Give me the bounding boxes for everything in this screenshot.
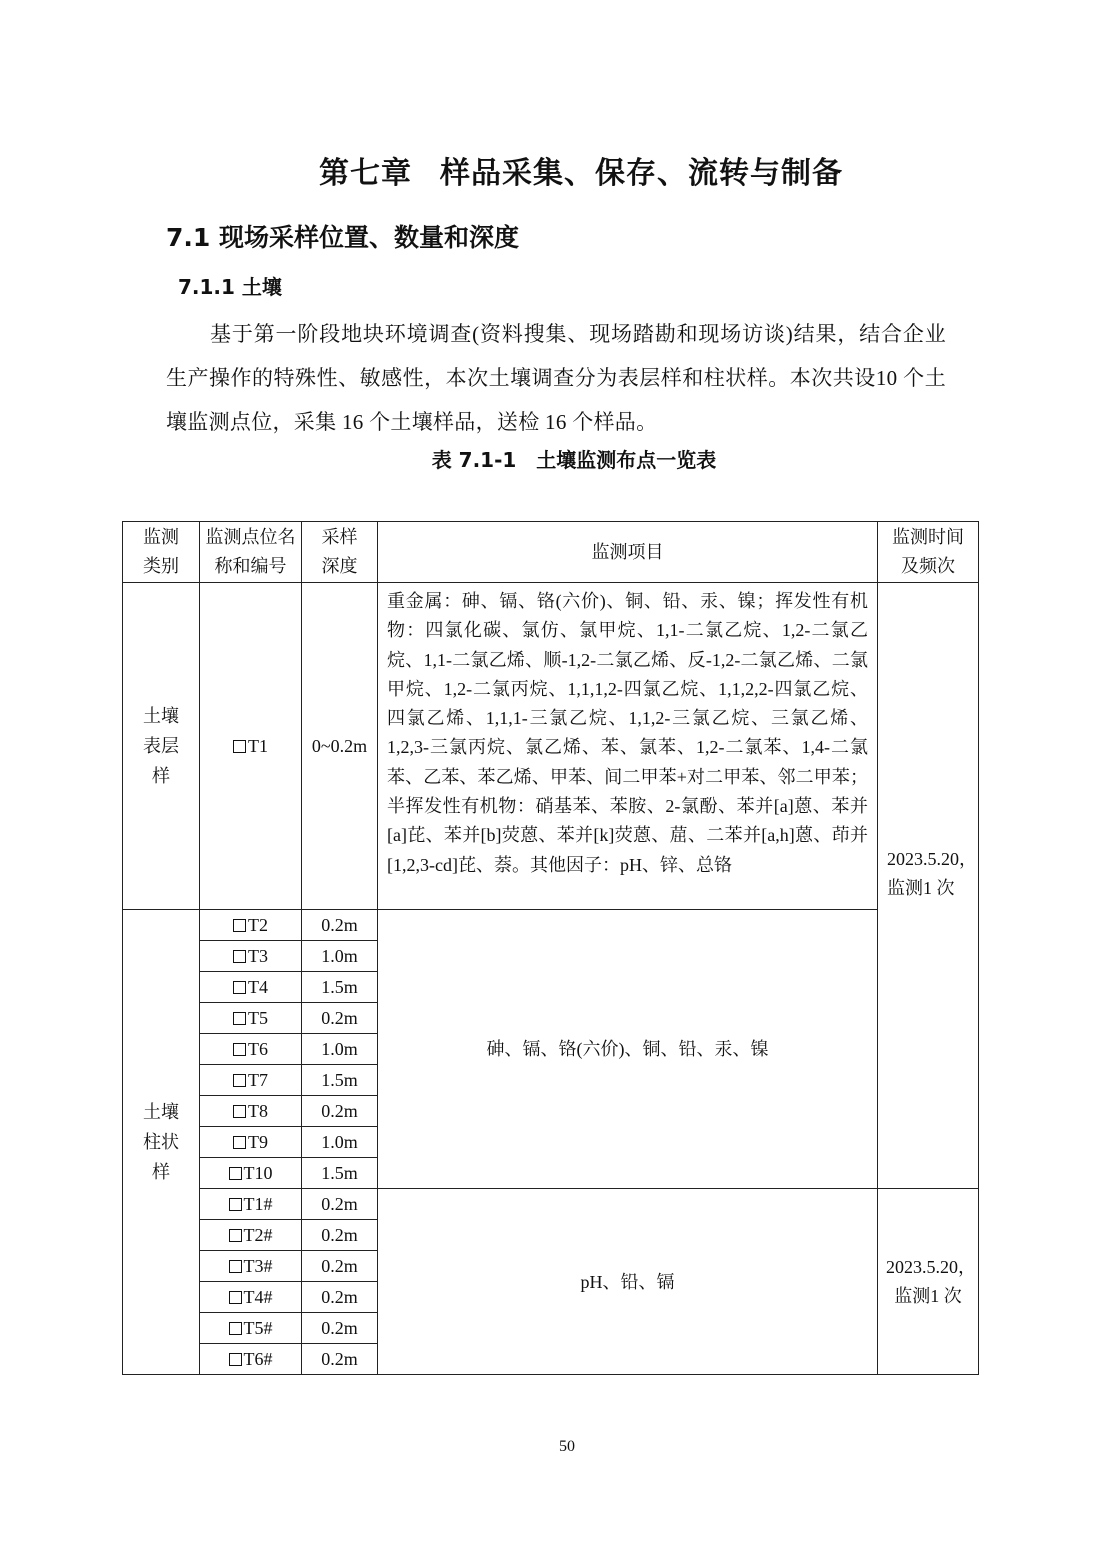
depth-cell: 0.2m [302, 910, 378, 941]
depth-cell: 0.2m [302, 1313, 378, 1344]
square-icon [233, 919, 246, 932]
monitoring-table: 监测类别 监测点位名称和编号 采样深度 监测项目 监测时间及频次 土壤表层样 T… [122, 521, 979, 1375]
chapter-title: 第七章样品采集、保存、流转与制备 [0, 148, 1102, 192]
point-cell: T2# [200, 1220, 302, 1251]
square-icon [233, 981, 246, 994]
square-icon [233, 1105, 246, 1118]
frequency-cell: 2023.5.20，监测1 次 [878, 583, 979, 1189]
items-cell: pH、铅、镉 [378, 1189, 878, 1375]
point-cell: T10 [200, 1158, 302, 1189]
depth-cell: 0.2m [302, 1344, 378, 1375]
header-items: 监测项目 [378, 522, 878, 583]
depth-cell: 0.2m [302, 1003, 378, 1034]
square-icon [233, 1136, 246, 1149]
square-icon [229, 1229, 242, 1242]
items-cell: 砷、镉、铬(六价)、铜、铅、汞、镍 [378, 910, 878, 1189]
depth-cell: 1.5m [302, 1065, 378, 1096]
square-icon [233, 1074, 246, 1087]
depth-cell: 0.2m [302, 1282, 378, 1313]
table-caption-number: 表 7.1-1 [432, 448, 517, 472]
square-icon [229, 1291, 242, 1304]
point-cell: T6 [200, 1034, 302, 1065]
point-cell: T9 [200, 1127, 302, 1158]
table-caption: 表 7.1-1土壤监测布点一览表 [0, 444, 1102, 473]
point-cell: T3 [200, 941, 302, 972]
point-cell: T6# [200, 1344, 302, 1375]
depth-cell: 0.2m [302, 1251, 378, 1282]
depth-cell: 1.0m [302, 1034, 378, 1065]
page-number: 50 [0, 1438, 1102, 1456]
depth-cell: 1.5m [302, 972, 378, 1003]
square-icon [229, 1198, 242, 1211]
point-cell: T2 [200, 910, 302, 941]
point-cell: T1# [200, 1189, 302, 1220]
table-row: T1# 0.2m pH、铅、镉 2023.5.20，监测1 次 [123, 1189, 979, 1220]
header-frequency: 监测时间及频次 [878, 522, 979, 583]
point-cell: T4# [200, 1282, 302, 1313]
chapter-name: 样品采集、保存、流转与制备 [440, 156, 843, 191]
depth-cell: 0.2m [302, 1096, 378, 1127]
square-icon [233, 740, 246, 753]
depth-cell: 0.2m [302, 1220, 378, 1251]
table-caption-title: 土壤监测布点一览表 [536, 448, 716, 472]
point-cell: T5 [200, 1003, 302, 1034]
section-title: 7.1 现场采样位置、数量和深度 [166, 218, 519, 254]
square-icon [229, 1322, 242, 1335]
header-depth: 采样深度 [302, 522, 378, 583]
table-row: 土壤表层样 T1 0~0.2m 重金属：砷、镉、铬(六价)、铜、铅、汞、镍；挥发… [123, 583, 979, 910]
depth-cell: 1.0m [302, 1127, 378, 1158]
chapter-number: 第七章 [319, 156, 412, 191]
point-cell: T1 [200, 583, 302, 910]
square-icon [229, 1260, 242, 1273]
header-point: 监测点位名称和编号 [200, 522, 302, 583]
depth-cell: 0~0.2m [302, 583, 378, 910]
category-cell: 土壤柱状样 [123, 910, 200, 1375]
square-icon [229, 1353, 242, 1366]
square-icon [229, 1167, 242, 1180]
items-cell: 重金属：砷、镉、铬(六价)、铜、铅、汞、镍；挥发性有机物：四氯化碳、氯仿、氯甲烷… [378, 583, 878, 910]
square-icon [233, 950, 246, 963]
table-row: 土壤柱状样 T2 0.2m 砷、镉、铬(六价)、铜、铅、汞、镍 [123, 910, 979, 941]
frequency-cell: 2023.5.20，监测1 次 [878, 1189, 979, 1375]
point-cell: T5# [200, 1313, 302, 1344]
table-header-row: 监测类别 监测点位名称和编号 采样深度 监测项目 监测时间及频次 [123, 522, 979, 583]
point-cell: T7 [200, 1065, 302, 1096]
square-icon [233, 1012, 246, 1025]
header-category: 监测类别 [123, 522, 200, 583]
depth-cell: 1.5m [302, 1158, 378, 1189]
subsection-title: 7.1.1 土壤 [178, 271, 282, 300]
body-paragraph: 基于第一阶段地块环境调查(资料搜集、现场踏勘和现场访谈)结果，结合企业生产操作的… [166, 312, 946, 444]
category-cell: 土壤表层样 [123, 583, 200, 910]
point-cell: T3# [200, 1251, 302, 1282]
point-cell: T4 [200, 972, 302, 1003]
point-cell: T8 [200, 1096, 302, 1127]
square-icon [233, 1043, 246, 1056]
depth-cell: 0.2m [302, 1189, 378, 1220]
depth-cell: 1.0m [302, 941, 378, 972]
